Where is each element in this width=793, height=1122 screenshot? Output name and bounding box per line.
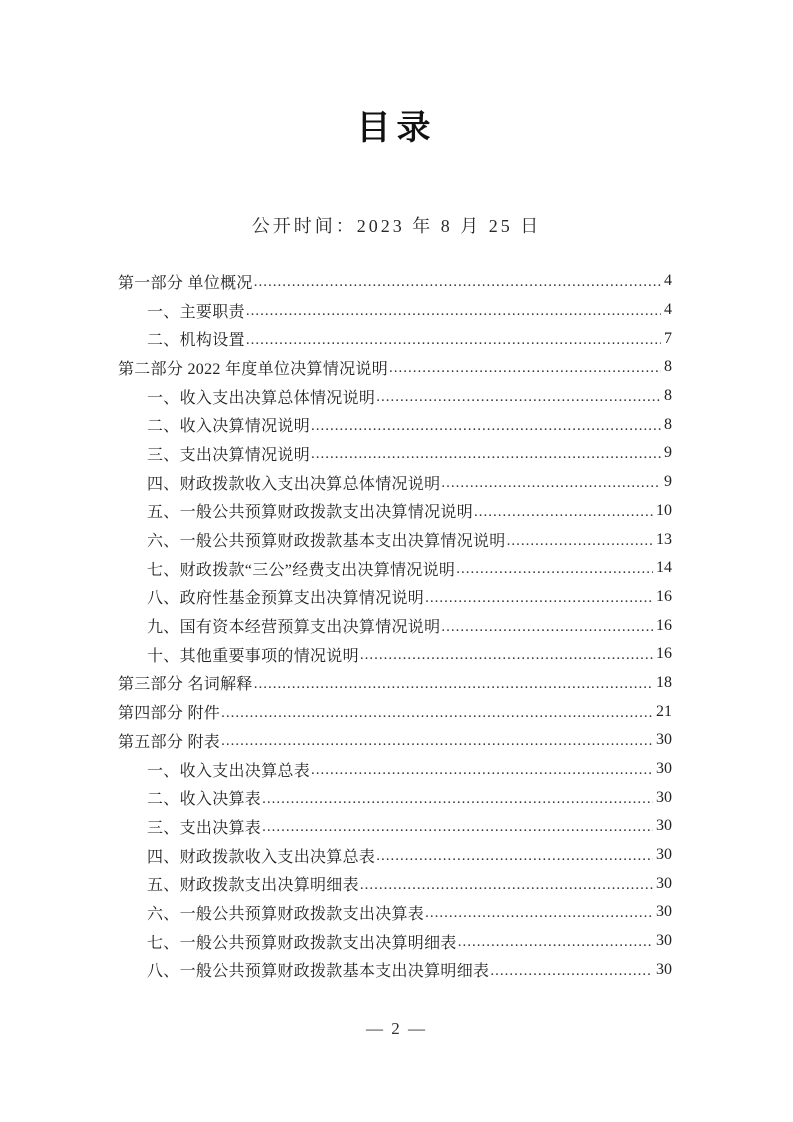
toc-entry: 一、收入支出决算总体情况说明 8 — [118, 382, 672, 411]
toc-entry-page: 16 — [654, 645, 672, 663]
toc-entry: 三、支出决算表 30 — [118, 812, 672, 841]
toc-dot-leader — [389, 359, 661, 377]
toc-entry-label: 四、财政拨款收入支出决算总体情况说明 — [147, 471, 440, 494]
toc-entry: 第一部分 单位概况 4 — [118, 267, 672, 296]
toc-dot-leader — [425, 589, 653, 607]
toc-dot-leader — [458, 933, 653, 951]
toc-entry-page: 30 — [654, 760, 672, 778]
toc-entry: 八、一般公共预算财政拨款基本支出决算明细表 30 — [118, 956, 672, 985]
toc-entry: 二、收入决算情况说明 8 — [118, 410, 672, 439]
toc-dot-leader — [221, 732, 653, 750]
toc-entry: 五、一般公共预算财政拨款支出决算情况说明 10 — [118, 497, 672, 526]
toc-entry: 三、支出决算情况说明 9 — [118, 439, 672, 468]
toc-entry: 七、财政拨款“三公”经费支出决算情况说明 14 — [118, 554, 672, 583]
toc-dot-leader — [441, 474, 661, 492]
toc-entry-page: 30 — [654, 817, 672, 835]
toc-entry: 第四部分 附件 21 — [118, 697, 672, 726]
toc-entry: 六、一般公共预算财政拨款基本支出决算情况说明 13 — [118, 525, 672, 554]
toc-entry: 四、财政拨款收入支出决算总表 30 — [118, 841, 672, 870]
toc-entry-label: 第一部分 单位概况 — [118, 270, 253, 293]
toc-entry-label: 第二部分 2022 年度单位决算情况说明 — [118, 356, 388, 379]
toc-entry: 二、收入决算表 30 — [118, 783, 672, 812]
toc-entry-label: 第四部分 附件 — [118, 700, 220, 723]
toc-entry-page: 30 — [654, 961, 672, 979]
toc-entry-page: 14 — [654, 559, 672, 577]
publish-date-line: 公开时间：2023 年 8 月 25 日 — [0, 212, 793, 238]
toc-entry-page: 30 — [654, 846, 672, 864]
toc-dot-leader — [376, 847, 653, 865]
toc-entry-label: 三、支出决算情况说明 — [147, 442, 310, 465]
toc-entry-label: 九、国有资本经营预算支出决算情况说明 — [147, 614, 440, 637]
toc-dot-leader — [262, 790, 653, 808]
toc-entry-page: 16 — [654, 588, 672, 606]
toc-entry-page: 30 — [654, 789, 672, 807]
toc-dot-leader — [376, 388, 661, 406]
toc-entry-label: 第五部分 附表 — [118, 729, 220, 752]
toc-entry-page: 4 — [662, 301, 672, 319]
toc-entry-page: 30 — [654, 731, 672, 749]
toc-entry: 十、其他重要事项的情况说明 16 — [118, 640, 672, 669]
toc-entry-page: 16 — [654, 617, 672, 635]
toc-entry-page: 30 — [654, 903, 672, 921]
toc-entry-label: 一、收入支出决算总体情况说明 — [147, 385, 375, 408]
toc-entry: 一、收入支出决算总表 30 — [118, 755, 672, 784]
toc-entry-label: 五、财政拨款支出决算明细表 — [147, 872, 359, 895]
toc-dot-leader — [311, 417, 661, 435]
toc-dot-leader — [456, 560, 653, 578]
toc-dot-leader — [425, 904, 653, 922]
toc-entry-label: 二、收入决算情况说明 — [147, 413, 310, 436]
toc-entry: 六、一般公共预算财政拨款支出决算表 30 — [118, 898, 672, 927]
toc-entry-label: 一、收入支出决算总表 — [147, 758, 310, 781]
toc-entry-label: 八、一般公共预算财政拨款基本支出决算明细表 — [147, 958, 489, 981]
toc-entry: 九、国有资本经营预算支出决算情况说明 16 — [118, 611, 672, 640]
toc-dot-leader — [441, 618, 653, 636]
toc-entry: 第二部分 2022 年度单位决算情况说明 8 — [118, 353, 672, 382]
toc-entry-label: 二、收入决算表 — [147, 786, 261, 809]
toc-entry-page: 13 — [654, 531, 672, 549]
toc-entry: 二、机构设置 7 — [118, 324, 672, 353]
toc-dot-leader — [246, 331, 661, 349]
page-number-footer: — 2 — — [0, 1019, 793, 1039]
toc-entry-page: 10 — [654, 502, 672, 520]
toc-entry-label: 一、主要职责 — [147, 299, 245, 322]
toc-entry: 第三部分 名词解释 18 — [118, 669, 672, 698]
toc-entry-label: 四、财政拨款收入支出决算总表 — [147, 844, 375, 867]
toc-entry-page: 7 — [662, 330, 672, 348]
toc-dot-leader — [360, 876, 653, 894]
toc-entry-page: 8 — [662, 358, 672, 376]
toc-entry-page: 8 — [662, 416, 672, 434]
toc-entry-label: 五、一般公共预算财政拨款支出决算情况说明 — [147, 499, 473, 522]
toc-entry-page: 8 — [662, 387, 672, 405]
toc-dot-leader — [490, 962, 653, 980]
toc-entry-page: 9 — [662, 473, 672, 491]
toc-entry-label: 八、政府性基金预算支出决算情况说明 — [147, 585, 424, 608]
toc-dot-leader — [507, 532, 653, 550]
toc-dot-leader — [246, 302, 661, 320]
toc-entry-page: 21 — [654, 703, 672, 721]
page-title: 目录 — [0, 100, 793, 149]
toc-dot-leader — [221, 704, 653, 722]
toc-entry: 八、政府性基金预算支出决算情况说明 16 — [118, 583, 672, 612]
toc-entry: 五、财政拨款支出决算明细表 30 — [118, 869, 672, 898]
toc-entry: 四、财政拨款收入支出决算总体情况说明 9 — [118, 468, 672, 497]
toc-entry-label: 六、一般公共预算财政拨款基本支出决算情况说明 — [147, 528, 506, 551]
toc-dot-leader — [254, 675, 653, 693]
toc-entry-label: 七、财政拨款“三公”经费支出决算情况说明 — [147, 557, 455, 580]
toc-entry-label: 二、机构设置 — [147, 327, 245, 350]
toc-entry-label: 三、支出决算表 — [147, 815, 261, 838]
toc-entry: 七、一般公共预算财政拨款支出决算明细表 30 — [118, 927, 672, 956]
toc-entry-label: 七、一般公共预算财政拨款支出决算明细表 — [147, 930, 457, 953]
toc-entry-page: 18 — [654, 674, 672, 692]
toc-dot-leader — [254, 273, 661, 291]
toc-entry-page: 30 — [654, 932, 672, 950]
toc-entry: 一、主要职责 4 — [118, 296, 672, 325]
toc-dot-leader — [311, 445, 661, 463]
toc-entry-label: 十、其他重要事项的情况说明 — [147, 643, 359, 666]
toc-entry-label: 第三部分 名词解释 — [118, 671, 253, 694]
toc-entry-page: 9 — [662, 444, 672, 462]
toc-dot-leader — [360, 646, 653, 664]
toc-entry: 第五部分 附表 30 — [118, 726, 672, 755]
toc-dot-leader — [311, 761, 653, 779]
document-page: 目录 公开时间：2023 年 8 月 25 日 第一部分 单位概况 4 一、主要… — [0, 0, 793, 1122]
toc-list: 第一部分 单位概况 4 一、主要职责 4 二、机构设置 7 第二部分 2022 … — [118, 267, 672, 984]
toc-entry-label: 六、一般公共预算财政拨款支出决算表 — [147, 901, 424, 924]
toc-entry-page: 30 — [654, 875, 672, 893]
toc-dot-leader — [262, 818, 653, 836]
toc-dot-leader — [474, 503, 653, 521]
toc-entry-page: 4 — [662, 272, 672, 290]
